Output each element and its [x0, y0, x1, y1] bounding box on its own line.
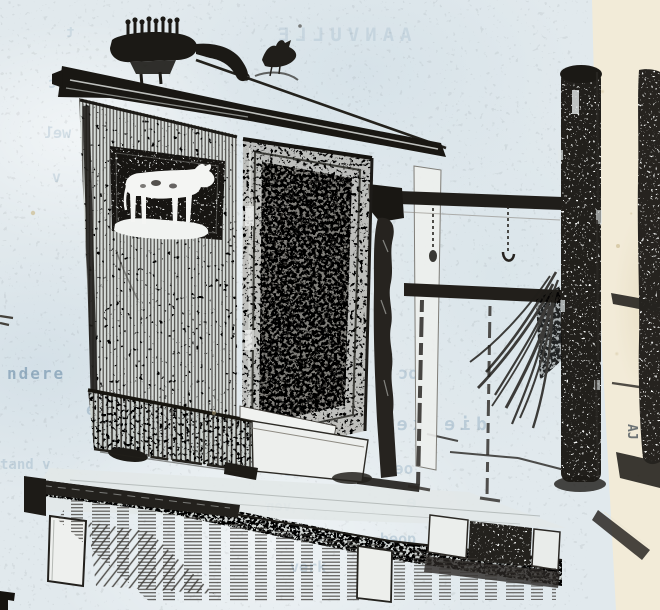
hinge-mark	[245, 330, 254, 350]
illustration-canvas	[0, 0, 660, 610]
cabinet-foot	[332, 472, 372, 484]
scanned-page: AANVULLE en c wel v t ndere e ono tand v…	[0, 0, 660, 610]
hinge-mark	[245, 206, 254, 226]
cow-figurine-panel	[110, 146, 225, 240]
